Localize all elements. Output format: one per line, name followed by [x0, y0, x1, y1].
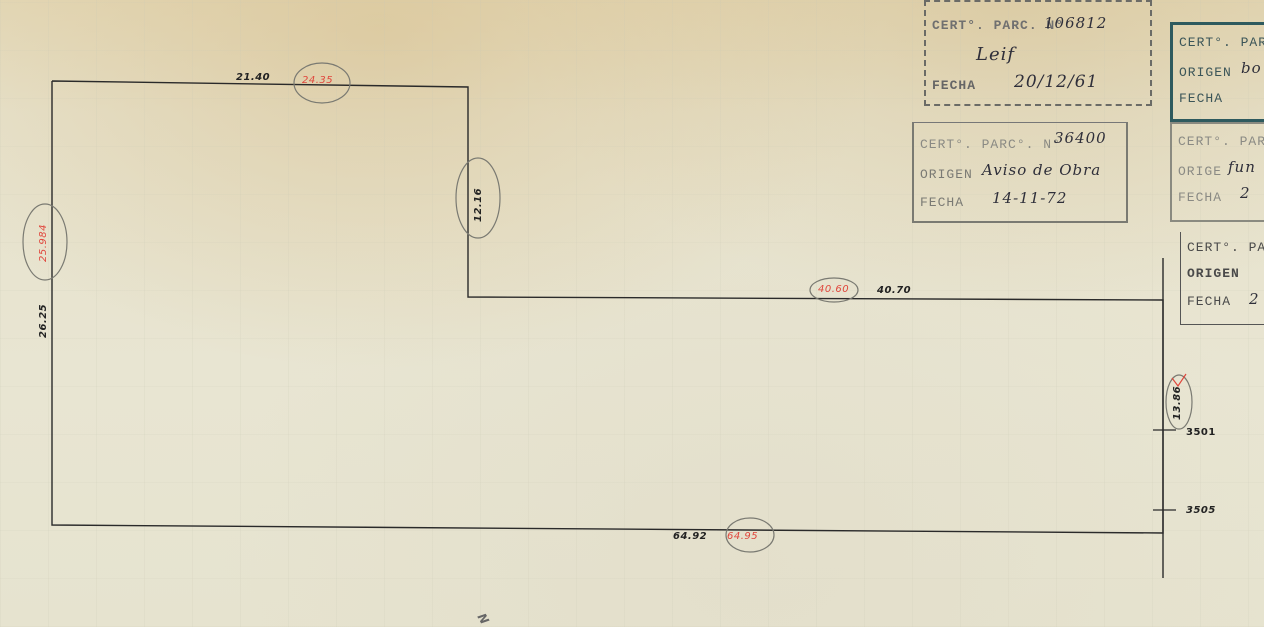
reference-mark-3501: 3501 — [1186, 427, 1216, 438]
stamp-5-fecha-value: 2 — [1249, 290, 1260, 308]
stamp-4-origen-value: fun — [1228, 158, 1256, 176]
red-check-mark — [1172, 374, 1186, 386]
certificate-stamp-3: CERT°. PARC ORIGEN bo FECHA — [1170, 22, 1264, 122]
stamp-2-cert-value: 36400 — [1054, 129, 1107, 147]
stamp-1-fecha-label: FECHA — [932, 78, 976, 93]
certificate-stamp-1: CERT°. PARC. N° 106812 Leif FECHA 20/12/… — [924, 0, 1152, 106]
stamp-4-fecha-label: FECHA — [1178, 190, 1222, 205]
bottom-edge-original: 64.92 — [673, 531, 707, 542]
stamp-2-origen-value: Aviso de Obra — [982, 161, 1101, 179]
stamp-4-origen-label: ORIGE — [1178, 164, 1222, 179]
stamp-4-cert-label: CERT°. PARC — [1178, 134, 1264, 149]
stamp-1-origen-value: Leif — [976, 44, 1015, 65]
reference-mark-3505: 3505 — [1186, 505, 1216, 516]
middle-edge-corrected: 40.60 — [818, 284, 849, 295]
stamp-2-origen-label: ORIGEN — [920, 167, 973, 182]
certificate-stamp-4: CERT°. PARC ORIGE fun FECHA 2 — [1170, 122, 1264, 222]
left-edge-corrected: 25.984 — [38, 224, 49, 262]
right-edge-original: 13.86 — [1172, 386, 1183, 420]
stamp-5-origen-label: ORIGEN — [1187, 266, 1240, 281]
stamp-5-fecha-label: FECHA — [1187, 294, 1231, 309]
left-edge-original: 26.25 — [38, 304, 49, 338]
stamp-3-cert-label: CERT°. PARC — [1179, 35, 1264, 50]
stamp-3-fecha-label: FECHA — [1179, 91, 1223, 106]
inner-vertical-original: 12.16 — [473, 188, 484, 222]
bottom-edge-corrected: 64.95 — [727, 531, 758, 542]
stamp-2-fecha-label: FECHA — [920, 195, 964, 210]
top-edge-corrected: 24.35 — [302, 75, 333, 86]
certificate-stamp-2: CERT°. PARC°. N° 36400 ORIGEN Aviso de O… — [912, 122, 1128, 223]
stamp-3-origen-label: ORIGEN — [1179, 65, 1232, 80]
stamp-4-fecha-value: 2 — [1240, 184, 1251, 202]
stamp-1-cert-value: 106812 — [1044, 14, 1107, 32]
stamp-2-cert-label: CERT°. PARC°. N° — [920, 137, 1061, 152]
middle-edge-original: 40.70 — [877, 285, 911, 296]
stamp-5-cert-label: CERT°. PAR — [1187, 240, 1264, 255]
stamp-2-fecha-value: 14-11-72 — [992, 189, 1067, 207]
certificate-stamp-5: CERT°. PAR ORIGEN FECHA 2 — [1180, 232, 1264, 325]
stamp-3-origen-value: bo — [1241, 59, 1262, 77]
stamp-1-fecha-value: 20/12/61 — [1014, 72, 1098, 92]
top-edge-original: 21.40 — [236, 72, 270, 83]
